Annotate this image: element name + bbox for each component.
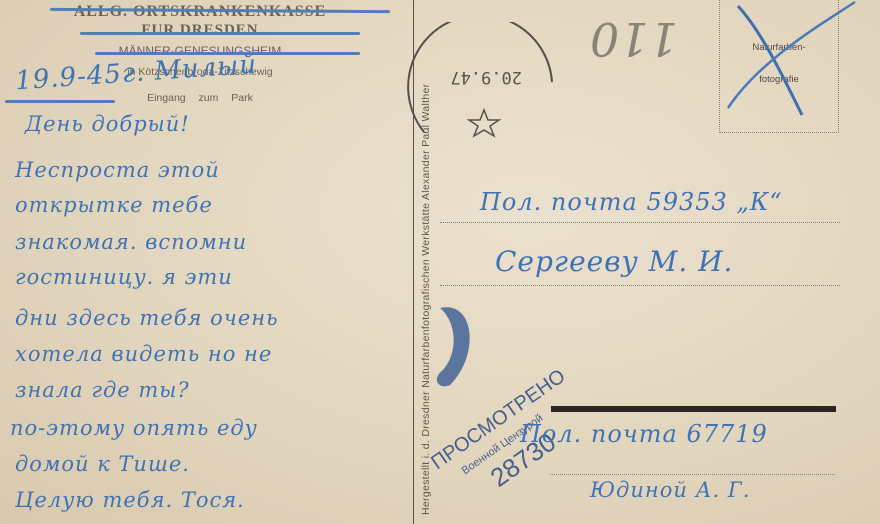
message-line: гостиницу. я эти	[15, 265, 233, 289]
svg-text:20.9.47: 20.9.47	[450, 67, 522, 87]
address-line	[440, 222, 840, 223]
sender-name: Юдиной А. Г.	[590, 478, 750, 502]
postcard: ALLG. ORTSKRANKENKASSE FUR DRESDEN MÄNNE…	[0, 0, 880, 524]
message-line: Целую тебя. Тося.	[15, 488, 245, 512]
recipient-name: Сергееву М. И.	[495, 245, 733, 278]
postmark-icon: 20.9.47	[404, 22, 556, 140]
message-line: домой к Тише.	[15, 452, 190, 476]
message-line: по-этому опять еду	[10, 416, 258, 440]
censor-stamp-icon: ПРОСМОТРЕНО Военной Цензурой 28730	[405, 300, 605, 500]
strike-line	[5, 100, 115, 103]
message-line: дни здесь тебя очень	[15, 306, 279, 330]
recipient-field-post: Пол. почта 59353 „К“	[480, 188, 783, 216]
pencil-number: 110	[590, 12, 678, 66]
strike-line	[80, 32, 360, 35]
message-line: знакомая. вспомни	[15, 230, 247, 254]
cross-mark-icon	[720, 0, 860, 120]
message-line: хотела видеть но не	[15, 342, 272, 366]
message-line: Неспроста этой	[15, 158, 220, 182]
sender-divider-line	[551, 406, 836, 412]
message-line: знала где ты?	[15, 378, 190, 402]
sender-field-post: Пол. почта 67719	[520, 420, 768, 448]
stamp-placeholder: Naturfarben- fotografie	[719, 0, 839, 133]
header-line2: FUR DRESDEN	[0, 22, 400, 39]
address-line	[440, 285, 840, 286]
message-line: открытке тебе	[15, 193, 213, 217]
message-line: День добрый!	[25, 112, 190, 136]
address-line	[550, 474, 835, 475]
